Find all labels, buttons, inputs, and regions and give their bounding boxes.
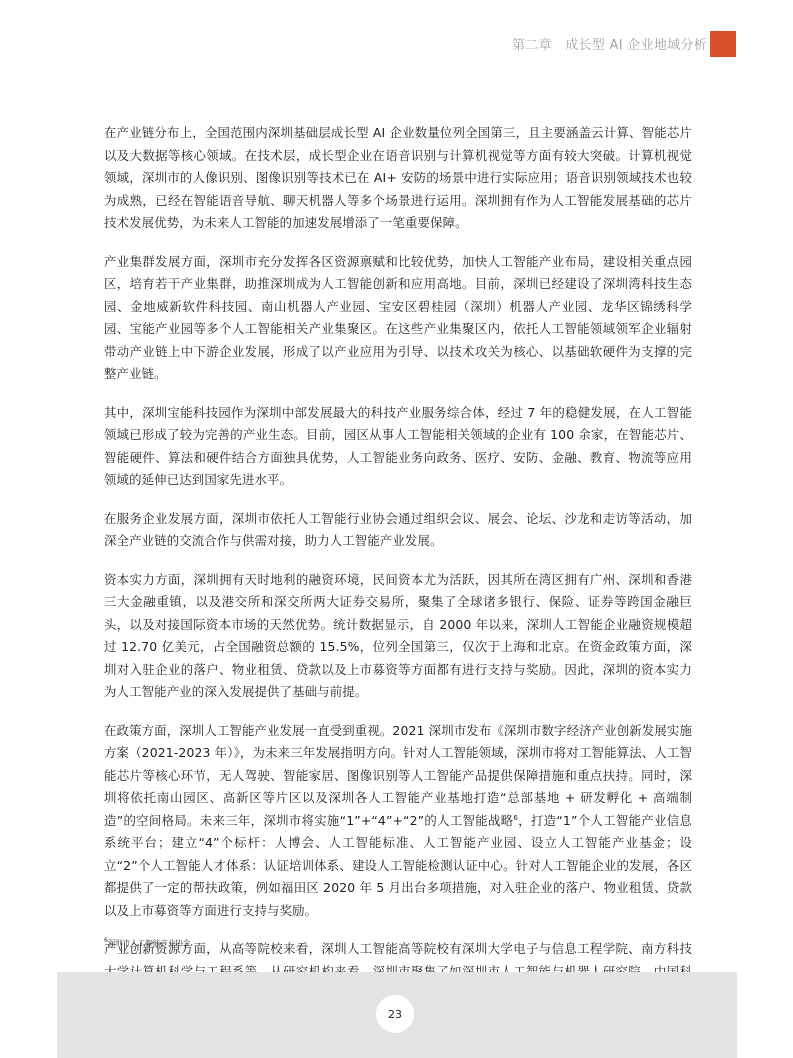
paragraph-baoneng-park: 其中，深圳宝能科技园作为深圳中部发展最大的科技产业服务综合体，经过 7 年的稳健…	[104, 402, 692, 492]
chapter-title: 第二章 成长型 AI 企业地域分析	[512, 34, 707, 53]
body-content: 在产业链分布上，全国范围内深圳基础层成长型 AI 企业数量位列全国第三，且主要涵…	[104, 122, 692, 1022]
footnote-text: 深圳市人工智能产业协会	[108, 939, 191, 948]
paragraph-industry-chain: 在产业链分布上，全国范围内深圳基础层成长型 AI 企业数量位列全国第三，且主要涵…	[104, 122, 692, 235]
paragraph-capital-strength: 资本实力方面，深圳拥有天时地利的融资环境，民间资本尤为活跃，因其所在湾区拥有广州…	[104, 569, 692, 704]
paragraph-industry-cluster: 产业集群发展方面，深圳市充分发挥各区资源禀赋和比较优势，加快人工智能产业布局，建…	[104, 251, 692, 386]
page-number: 23	[376, 995, 414, 1033]
page-number-label: 23	[388, 1008, 402, 1021]
paragraph-policy: 在政策方面，深圳人工智能产业发展一直受到重视。2021 深圳市发布《深圳市数字经…	[104, 720, 692, 923]
paragraph-service-enterprise: 在服务企业发展方面，深圳市依托人工智能行业协会通过组织会议、展会、论坛、沙龙和走…	[104, 508, 692, 553]
chapter-accent-mark	[710, 31, 736, 57]
policy-text-part2: ，打造“1”个人工智能产业信息系统平台；建立“4”个标杆：人博会、人工智能标准、…	[104, 813, 692, 918]
footnote: 6深圳市人工智能产业协会	[104, 937, 190, 949]
